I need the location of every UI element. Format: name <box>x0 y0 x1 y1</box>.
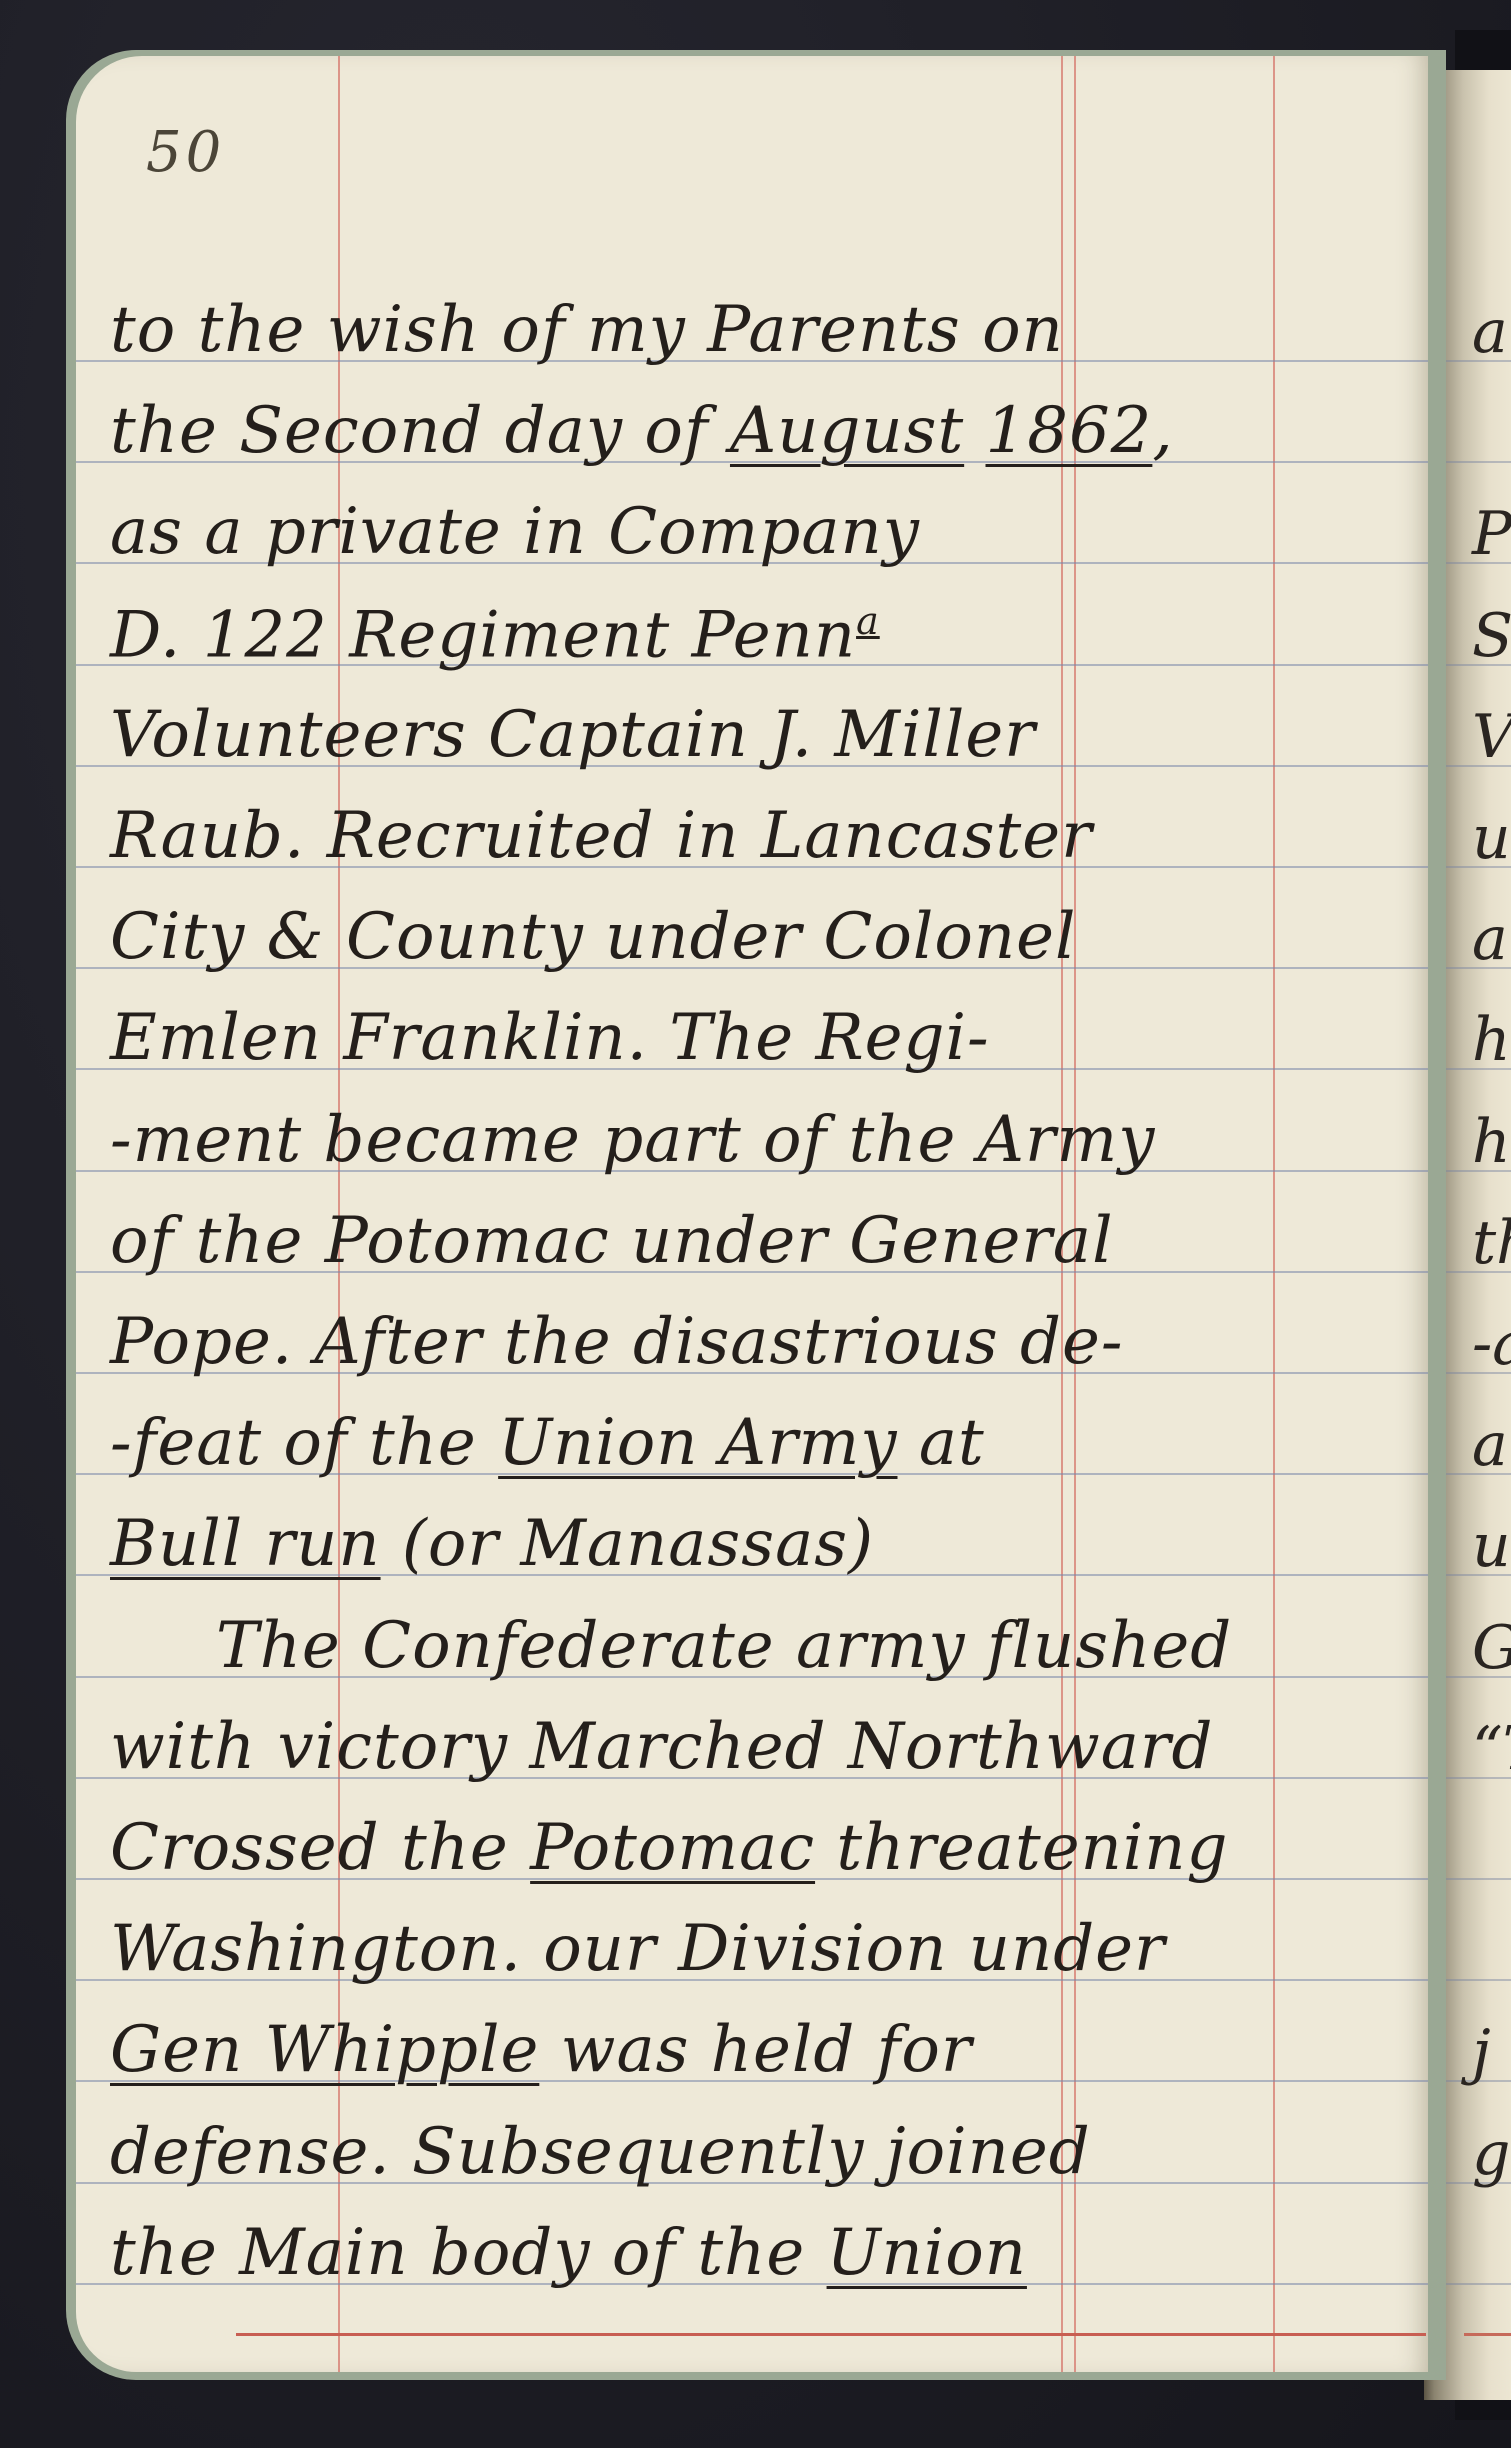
text-segment: , <box>1152 394 1173 468</box>
text-segment: D. 122 Regiment Penn <box>110 598 856 672</box>
adjacent-text-fragment: G <box>1472 1618 1511 1678</box>
text-segment: Volunteers Captain J. Miller <box>110 698 1036 772</box>
bottom-red-rule <box>236 2333 1426 2336</box>
adjacent-text-fragment: u <box>1472 808 1511 868</box>
notebook-page: 50 to the wish of my Parents onthe Secon… <box>76 56 1428 2372</box>
text-segment: Crossed the <box>110 1811 530 1885</box>
handwritten-line: to the wish of my Parents on <box>110 298 1428 362</box>
text-segment: the Second day of <box>110 394 730 468</box>
text-segment: Pope. After the disastrious de- <box>110 1305 1123 1379</box>
underlined-text: 1862 <box>986 394 1153 468</box>
underlined-text: Union Army <box>498 1406 897 1480</box>
text-segment: The Confederate army flushed <box>216 1609 1232 1683</box>
text-segment: with victory Marched Northward <box>110 1710 1213 1784</box>
handwritten-line: of the Potomac under General <box>110 1209 1428 1273</box>
handwritten-line: Gen Whipple was held for <box>110 2018 1428 2082</box>
text-segment: was held for <box>539 2013 972 2087</box>
text-segment: defense. Subsequently joined <box>110 2115 1091 2189</box>
adjacent-text-fragment: u <box>1472 1516 1511 1576</box>
adjacent-text-fragment: g <box>1472 2124 1510 2184</box>
underlined-text: Potomac <box>530 1811 815 1885</box>
underlined-text: Gen Whipple <box>110 2013 539 2087</box>
text-segment: at <box>898 1406 985 1480</box>
adjacent-text-fragment: a <box>1472 1415 1508 1475</box>
underlined-text: Bull run <box>110 1507 381 1581</box>
handwritten-line: the Main body of the Union <box>110 2221 1428 2285</box>
text-segment: -ment became part of the Army <box>110 1103 1155 1177</box>
adjacent-text-fragment: -a <box>1472 1314 1511 1374</box>
text-segment: threatening <box>815 1811 1228 1885</box>
text-segment: of the Potomac under General <box>110 1204 1114 1278</box>
text-segment: City & County under Colonel <box>110 900 1076 974</box>
handwritten-line: Volunteers Captain J. Miller <box>110 703 1428 767</box>
text-segment: -feat of the <box>110 1406 498 1480</box>
handwritten-line: with victory Marched Northward <box>110 1715 1428 1779</box>
text-segment: to the wish of my Parents on <box>110 293 1064 367</box>
adjacent-text-fragment: a <box>1472 302 1508 362</box>
adjacent-text-fragment: “T <box>1472 1719 1511 1779</box>
page-number: 50 <box>146 120 225 185</box>
adjacent-text-fragment: P <box>1472 504 1511 564</box>
adjacent-text-fragment: V <box>1472 707 1511 767</box>
text-segment: Washington. our Division under <box>110 1912 1166 1986</box>
handwritten-line: Emlen Franklin. The Regi- <box>110 1006 1428 1070</box>
underlined-text: Union <box>827 2216 1027 2290</box>
text-segment: Emlen Franklin. The Regi- <box>110 1001 990 1075</box>
handwritten-line: as a private in Company <box>110 500 1428 564</box>
handwritten-line: Bull run (or Manassas) <box>110 1512 1428 1576</box>
underlined-text: August <box>730 394 964 468</box>
handwritten-line: the Second day of August 1862, <box>110 399 1428 463</box>
handwritten-line: Raub. Recruited in Lancaster <box>110 804 1428 868</box>
handwritten-line: -feat of the Union Army at <box>110 1411 1428 1475</box>
adjacent-text-fragment: a <box>1472 909 1508 969</box>
handwritten-line: defense. Subsequently joined <box>110 2120 1428 2184</box>
adjacent-text-fragment: h <box>1472 1112 1511 1172</box>
handwritten-line: D. 122 Regiment Penna <box>110 602 1428 667</box>
adjacent-text-fragment: S <box>1472 606 1511 666</box>
handwritten-line: Washington. our Division under <box>110 1917 1428 1981</box>
adjacent-bottom-red-rule <box>1464 2333 1511 2336</box>
handwritten-line: Crossed the Potomac threatening <box>110 1816 1428 1880</box>
handwritten-line: The Confederate army flushed <box>216 1614 1428 1678</box>
text-segment: (or Manassas) <box>381 1507 875 1581</box>
adjacent-text-fragment: th <box>1472 1213 1511 1273</box>
text-segment: Raub. Recruited in Lancaster <box>110 799 1093 873</box>
adjacent-text-fragment: j <box>1472 2022 1491 2082</box>
handwritten-line: Pope. After the disastrious de- <box>110 1310 1428 1374</box>
adjacent-text-fragment: h <box>1472 1010 1511 1070</box>
handwritten-line: -ment became part of the Army <box>110 1108 1428 1172</box>
text-segment: a <box>856 599 880 643</box>
handwritten-line: City & County under Colonel <box>110 905 1428 969</box>
text-segment <box>964 394 985 468</box>
text-segment: as a private in Company <box>110 495 920 569</box>
text-segment: the Main body of the <box>110 2216 827 2290</box>
